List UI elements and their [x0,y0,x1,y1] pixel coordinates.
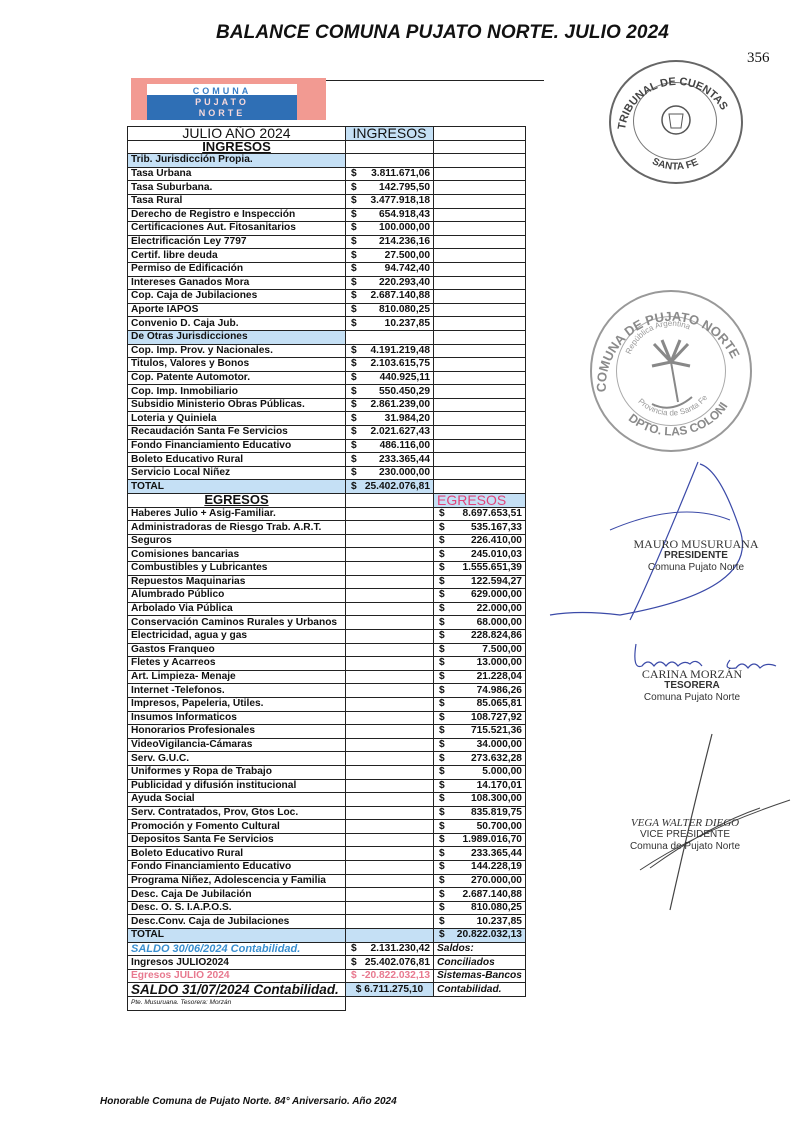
empty-cell [434,330,526,344]
currency-symbol: $ [437,861,445,873]
signer-org: Comuna Pujato Norte [606,562,786,574]
label-cell: Depositos Santa Fe Servicios [128,833,346,847]
currency-symbol: $ [349,454,357,466]
label-cell: Convenio D. Caja Jub. [128,317,346,331]
empty-cell [434,385,526,399]
group-label: Trib. Jurisdicción Propia. [131,154,253,165]
amount-cell: $654.918,43 [346,208,434,222]
saldo-final-amount: $ 6.711.275,10 [356,984,423,995]
svg-text:Provincia de Santa Fe: Provincia de Santa Fe [636,393,709,418]
empty-cell [346,765,434,779]
table-row: Cop. Imp. Prov. y Nacionales.$4.191.219,… [128,344,526,358]
section-cell: INGRESOS [128,140,346,154]
label-cell: Ayuda Social [128,793,346,807]
currency-symbol: $ [349,358,357,370]
amount-cell: $3.811.671,06 [346,167,434,181]
amount: 2.103.615,75 [371,358,430,370]
currency-symbol: $ [437,644,445,656]
label-cell: Honorarios Profesionales [128,725,346,739]
amount-cell: $5.000,00 [434,765,526,779]
amount: 5.000,00 [482,766,522,778]
amount: 85.065,81 [477,698,522,710]
balance-table: JULIO AÑO 2024INGRESOSINGRESOSTrib. Juri… [127,126,526,1011]
empty-cell [434,466,526,480]
currency-symbol: $ [349,182,357,194]
currency-symbol: $ [349,481,357,493]
signer-role: PRESIDENTE [606,550,786,562]
stamp-text-arc-icon: TRIBUNAL DE CUENTAS SANTA FE [611,62,741,182]
group-label: De Otras Jurisdicciones [131,331,248,342]
currency-symbol: $ [437,671,445,683]
section-title: EGRESOS [204,494,268,508]
summary-label-cell: SALDO 30/06/2024 Contabilidad. [128,942,346,956]
currency-symbol: $ [349,304,357,316]
empty-cell [346,888,434,902]
empty-cell [346,874,434,888]
empty-cell [346,616,434,630]
amount-cell: $2.687.140,88 [434,888,526,902]
label-cell: Recaudación Santa Fe Servicios [128,426,346,440]
empty-cell [346,670,434,684]
amount: 74.986,26 [477,685,522,697]
empty-cell [434,398,526,412]
empty-cell [434,208,526,222]
tribunal-de-cuentas-stamp: TRIBUNAL DE CUENTAS SANTA FE [609,60,743,184]
empty-cell [434,303,526,317]
label-cell: Cop. Imp. Inmobiliario [128,385,346,399]
amount: 50.700,00 [477,821,522,833]
item-label: Subsidio Ministerio Obras Públicas. [131,399,305,410]
label-cell: Fondo Financiamiento Educativo [128,861,346,875]
amount: 835.819,75 [471,807,522,819]
currency-symbol: $ [349,467,357,479]
amount: 2.687.140,88 [462,889,521,901]
amount: 108.727,92 [471,712,522,724]
column-header: INGRESOS [353,127,427,141]
item-label: Desc. O. S. I.A.P.O.S. [131,902,232,913]
empty-cell [434,249,526,263]
empty-cell [346,793,434,807]
table-row: Árbolado Via Pública$22.000,00 [128,602,526,616]
signature-president: MAURO MUSURUANA PRESIDENTE Comuna Pujato… [606,538,786,574]
signer-name: MAURO MUSURUANA [606,538,786,550]
item-label: Permiso de Edificación [131,263,243,274]
amount-cell: $74.986,26 [434,684,526,698]
empty-cell [346,833,434,847]
amount-cell: $810.080,25 [434,901,526,915]
amount: 715.521,36 [471,725,522,737]
amount: 27.500,00 [385,250,430,262]
empty-cell [346,602,434,616]
currency-symbol: $ [349,413,357,425]
amount: 535.167,33 [471,522,522,534]
label-cell: Aporte IAPOS [128,303,346,317]
table-row: Internet -Telefonos.$74.986,26 [128,684,526,698]
currency-symbol: $ [437,889,445,901]
item-label: Certif. libre deuda [131,250,218,261]
table-row: Uniformes y Ropa de Trabajo$5.000,00 [128,765,526,779]
amount-cell: $2.021.627,43 [346,426,434,440]
label-cell: Gastos Franqueo [128,643,346,657]
amount: 13.000,00 [477,657,522,669]
label-cell: Conservación Caminos Rurales y Urbanos [128,616,346,630]
table-row: Servicio Local Niñez$230.000,00 [128,466,526,480]
empty-cell [434,480,526,494]
empty-cell [346,684,434,698]
table-row: Publicidad y difusión institucional$14.1… [128,779,526,793]
empty-cell [346,589,434,603]
amount: 94.742,40 [385,263,430,275]
item-label: Promoción y Fomento Cultural [131,821,280,832]
empty-cell [434,453,526,467]
label-cell: Árbolado Via Pública [128,602,346,616]
item-label: Ayuda Social [131,793,195,804]
side-note: Sistemas-Bancos [437,970,522,981]
table-row: Promoción y Fomento Cultural$50.700,00 [128,820,526,834]
item-label: Cop. Imp. Prov. y Nacionales. [131,345,273,356]
item-label: Programa Niñez, Adolescencia y Familia [131,875,326,886]
empty-cell [434,140,526,154]
amount-cell: $810.080,25 [346,303,434,317]
currency-symbol: $ [437,780,445,792]
side-note: Contabilidad. [437,984,502,995]
table-row: Serv. G.U.C.$273.632,28 [128,752,526,766]
summary-label: Ingresos JULIO2024 [131,957,229,968]
amount: -20.822.032,13 [361,970,430,982]
amount-cell: $14.170,01 [434,779,526,793]
empty-cell [434,412,526,426]
label-cell: Serv. G.U.C. [128,752,346,766]
currency-symbol: $ [349,970,357,982]
currency-symbol: $ [437,807,445,819]
table-row: Recaudación Santa Fe Servicios$2.021.627… [128,426,526,440]
amount: 2.131.230,42 [371,943,430,955]
amount: 100.000,00 [379,222,430,234]
currency-symbol: $ [437,916,445,928]
amount-cell: $535.167,33 [434,521,526,535]
empty-cell [346,725,434,739]
empty-cell [346,997,434,1011]
summary-label: SALDO 30/06/2024 Contabilidad. [131,943,300,955]
label-cell: VideoVigilancia-Cámaras [128,738,346,752]
table-row: Boleto Educativo Rural$233.365,44 [128,847,526,861]
item-label: Fletes y Acarreos [131,657,216,668]
amount-cell: $3.477.918,18 [346,194,434,208]
signature-vice-president: VEGA WALTER DIEGO VICE PRESIDENTE Comuna… [600,817,770,853]
currency-symbol: $ [437,739,445,751]
empty-cell [434,317,526,331]
table-row: Cop. Imp. Inmobiliario$550.450,29 [128,385,526,399]
group-cell: Trib. Jurisdicción Propia. [128,154,346,168]
currency-symbol: $ [349,943,357,955]
page-number: 356 [747,50,770,67]
amount-cell: $13.000,00 [434,657,526,671]
amount: 230.000,00 [379,467,430,479]
empty-cell [434,222,526,236]
amount-cell: $228.824,86 [434,629,526,643]
item-label: Repuestos Maquinarias [131,576,245,587]
amount-cell: $835.819,75 [434,806,526,820]
label-cell: Impresos, Papeleria, Útiles. [128,697,346,711]
empty-cell [434,439,526,453]
signer-role: TESORERA [612,680,772,692]
ingresos-column-header: INGRESOS [346,127,434,141]
empty-cell [434,371,526,385]
amount-cell: $94.742,40 [346,262,434,276]
item-label: Desc.Conv. Caja de Jubilaciones [131,916,289,927]
currency-symbol: $ [437,549,445,561]
amount: 228.824,86 [471,630,522,642]
label-cell: Tasa Suburbana. [128,181,346,195]
empty-cell [346,915,434,929]
empty-cell [346,494,434,508]
label-cell: Repuestos Maquinarias [128,575,346,589]
currency-symbol: $ [437,589,445,601]
amount: 108.300,00 [471,793,522,805]
item-label: Árbolado Via Pública [131,603,233,614]
item-label: Aporte IAPOS [131,304,198,315]
label-cell: Boleto Educativo Rural [128,453,346,467]
table-row: Fondo Financiamiento Educativo$486.116,0… [128,439,526,453]
table-row: Fletes y Acarreos$13.000,00 [128,657,526,671]
currency-symbol: $ [437,712,445,724]
table-row: Certif. libre deuda$27.500,00 [128,249,526,263]
signer-name: VEGA WALTER DIEGO [600,817,770,829]
amount: 629.000,00 [471,589,522,601]
currency-symbol: $ [437,766,445,778]
label-cell: Desc. O. S. I.A.P.O.S. [128,901,346,915]
label-cell: Electricidad, agua y gas [128,629,346,643]
label-cell: Combustibles y Lubricantes [128,562,346,576]
empty-cell [434,276,526,290]
column-header: EGRESOS [437,494,506,508]
amount-cell: $270.000,00 [434,874,526,888]
amount: 233.365,44 [471,848,522,860]
empty-cell [434,358,526,372]
svg-text:SANTA FE: SANTA FE [650,156,700,172]
amount-cell: $27.500,00 [346,249,434,263]
table-row: Loteria y Quiniela$31.984,20 [128,412,526,426]
amount: 14.170,01 [477,780,522,792]
label-cell: Seguros [128,534,346,548]
label-cell: Alumbrado Público [128,589,346,603]
empty-cell [346,779,434,793]
empty-cell [346,330,434,344]
item-label: Cop. Patente Automotor. [131,372,250,383]
empty-cell [434,194,526,208]
note-text: Pte. Musuruana. Tesorera: Morzán [131,999,231,1006]
currency-symbol: $ [349,957,357,969]
amount: 7.500,00 [482,644,522,656]
table-row: Permiso de Edificación$94.742,40 [128,262,526,276]
table-row: Desc. O. S. I.A.P.O.S.$810.080,25 [128,901,526,915]
amount-cell: $4.191.219,48 [346,344,434,358]
empty-cell [346,507,434,521]
table-row: Seguros$226.410,00 [128,534,526,548]
table-row: Boleto Educativo Rural$233.365,44 [128,453,526,467]
signer-name: CARINA MORZÁN [612,668,772,680]
total-label: TOTAL [131,481,164,492]
item-label: Administradoras de Riesgo Trab. A.R.T. [131,522,321,533]
amount: 2.021.627,43 [371,426,430,438]
amount-cell: $10.237,85 [434,915,526,929]
empty-cell [434,181,526,195]
currency-symbol: $ [349,168,357,180]
amount-cell: $715.521,36 [434,725,526,739]
item-label: Impresos, Papeleria, Útiles. [131,698,264,709]
amount: 144.228,19 [471,861,522,873]
amount: 34.000,00 [477,739,522,751]
group-cell: De Otras Jurisdicciones [128,330,346,344]
item-label: Cop. Caja de Jubilaciones [131,290,257,301]
item-label: Boleto Educativo Rural [131,454,243,465]
amount-cell: $31.984,20 [346,412,434,426]
label-cell: Publicidad y difusión institucional [128,779,346,793]
item-label: Fondo Financiamiento Educativo [131,440,291,451]
currency-symbol: $ [437,848,445,860]
summary-row: SALDO 31/07/2024 Contabilidad.$ 6.711.27… [128,983,526,997]
currency-symbol: $ [349,372,357,384]
item-label: Desc. Caja De Jubilación [131,889,252,900]
amount: 220.293,40 [379,277,430,289]
amount: 1.989.016,70 [462,834,521,846]
currency-symbol: $ [437,535,445,547]
currency-symbol: $ [349,209,357,221]
currency-symbol: $ [437,753,445,765]
svg-text:TRIBUNAL DE CUENTAS: TRIBUNAL DE CUENTAS [616,76,730,131]
amount: 2.861.239,00 [371,399,430,411]
currency-symbol: $ [437,603,445,615]
label-cell: Art. Limpieza- Menaje [128,670,346,684]
empty-cell [346,140,434,154]
total-amount-cell: $25.402.076,81 [346,480,434,494]
currency-symbol: $ [437,617,445,629]
label-cell: Serv. Contratados, Prov, Gtos Loc. [128,806,346,820]
group-row: De Otras Jurisdicciones [128,330,526,344]
label-cell: Subsidio Ministerio Obras Públicas. [128,398,346,412]
summary-amount-cell: $-20.822.032,13 [346,969,434,983]
table-row: Aporte IAPOS$810.080,25 [128,303,526,317]
empty-cell [346,534,434,548]
amount-cell: $220.293,40 [346,276,434,290]
empty-cell [346,643,434,657]
amount-cell: $2.687.140,88 [346,290,434,304]
item-label: Serv. G.U.C. [131,753,189,764]
item-label: Honorarios Profesionales [131,725,255,736]
section-title: INGRESOS [202,140,271,154]
amount-cell: $230.000,00 [346,466,434,480]
side-note-cell: Contabilidad. [434,983,526,997]
amount: 1.555.651,39 [462,562,521,574]
amount: 8.697.653,51 [462,508,521,520]
label-cell: Desc.Conv. Caja de Jubilaciones [128,915,346,929]
amount-cell: $273.632,28 [434,752,526,766]
summary-label: Egresos JULIO 2024 [131,970,230,981]
table-row: Repuestos Maquinarias$122.594,27 [128,575,526,589]
label-cell: Electrificación Ley 7797 [128,235,346,249]
amount: 4.191.219,48 [371,345,430,357]
label-cell: Haberes Julio + Asig-Familiar. [128,507,346,521]
note-cell: Pte. Musuruana. Tesorera: Morzán [128,997,346,1011]
table-row: Electrificación Ley 7797$214.236,16 [128,235,526,249]
amount-cell: $144.228,19 [434,861,526,875]
signer-org: Comuna de Pujato Norte [600,841,770,853]
item-label: Recaudación Santa Fe Servicios [131,426,288,437]
summary-row: SALDO 30/06/2024 Contabilidad.$2.131.230… [128,942,526,956]
currency-symbol: $ [349,277,357,289]
amount-cell: $226.410,00 [434,534,526,548]
amount: 810.080,25 [471,902,522,914]
empty-cell [346,752,434,766]
summary-label: SALDO 31/07/2024 Contabilidad. [131,983,339,997]
currency-symbol: $ [349,250,357,262]
amount: 142.795,50 [379,182,430,194]
label-cell: Servicio Local Niñez [128,466,346,480]
side-note-cell: Sistemas-Bancos [434,969,526,983]
empty-cell [434,344,526,358]
item-label: Haberes Julio + Asig-Familiar. [131,508,276,519]
empty-cell [346,562,434,576]
amount: 3.811.671,06 [371,168,430,180]
label-cell: Boleto Educativo Rural [128,847,346,861]
amount: 273.632,28 [471,753,522,765]
amount: 654.918,43 [379,209,430,221]
currency-symbol: $ [437,793,445,805]
section-row: EGRESOSEGRESOS [128,494,526,508]
item-label: Comisiones bancarias [131,549,239,560]
table-row: Depositos Santa Fe Servicios$1.989.016,7… [128,833,526,847]
side-note: Conciliados [437,957,495,968]
currency-symbol: $ [349,290,357,302]
table-row: Desc.Conv. Caja de Jubilaciones$10.237,8… [128,915,526,929]
label-cell: Titulos, Valores y Bonos [128,358,346,372]
table-row: Administradoras de Riesgo Trab. A.R.T.$5… [128,521,526,535]
label-cell: Internet -Telefonos. [128,684,346,698]
empty-cell [346,929,434,943]
table-row: Gastos Franqueo$7.500,00 [128,643,526,657]
empty-cell [346,154,434,168]
amount: 486.116,00 [380,440,430,452]
total-label-cell: TOTAL [128,929,346,943]
side-note-cell: Conciliados [434,956,526,970]
table-row: Fondo Financiamiento Educativo$144.228,1… [128,861,526,875]
summary-amount-cell: $25.402.076,81 [346,956,434,970]
amount: 245.010,03 [471,549,522,561]
item-label: Serv. Contratados, Prov, Gtos Loc. [131,807,298,818]
item-label: Electricidad, agua y gas [131,630,247,641]
empty-cell [346,861,434,875]
currency-symbol: $ [437,698,445,710]
label-cell: Uniformes y Ropa de Trabajo [128,765,346,779]
currency-symbol: $ [349,195,357,207]
item-label: Derecho de Registro e Inspección [131,209,295,220]
label-cell: Cop. Caja de Jubilaciones [128,290,346,304]
table-row: Alumbrado Público$629.000,00 [128,589,526,603]
currency-symbol: $ [437,685,445,697]
item-label: Insumos Informaticos [131,712,237,723]
logo-line-3: NORTE [147,108,297,118]
amount: 550.450,29 [379,386,430,398]
total-label: TOTAL [131,929,164,940]
label-cell: Desc. Caja De Jubilación [128,888,346,902]
label-cell: Certif. libre deuda [128,249,346,263]
table-row: Tasa Rural$3.477.918,18 [128,194,526,208]
table-row: Insumos Informaticos$108.727,92 [128,711,526,725]
side-note-cell: Saldos: [434,942,526,956]
currency-symbol: $ [437,834,445,846]
currency-symbol: $ [437,562,445,574]
signature-treasurer: CARINA MORZÁN TESORERA Comuna Pujato Nor… [612,668,772,704]
